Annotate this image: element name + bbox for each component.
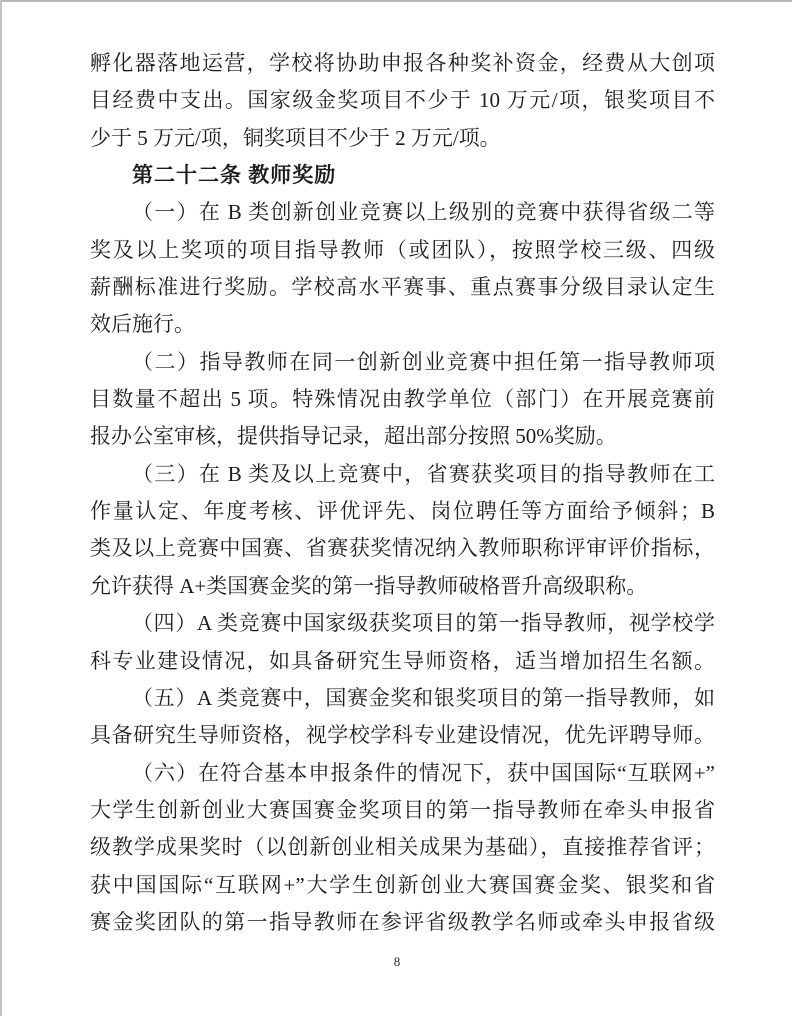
- text-line: 孵化器落地运营，学校将协助申报各种奖补资金，经费从大创项: [90, 45, 715, 82]
- text-line: 第二十二条 教师奖励: [90, 157, 715, 194]
- text-line: 类及以上竞赛中国赛、省赛获奖情况纳入教师职称评审评价指标，: [90, 530, 715, 567]
- text-line: 科专业建设情况，如具备研究生导师资格，适当增加招生名额。: [90, 643, 715, 680]
- text-line: 薪酬标准进行奖励。学校高水平赛事、重点赛事分级目录认定生: [90, 269, 715, 306]
- text-line: （四）A 类竞赛中国家级获奖项目的第一指导教师，视学校学: [90, 605, 715, 642]
- text-line: 获中国国际“互联网+”大学生创新创业大赛国赛金奖、银奖和省: [90, 867, 715, 904]
- text-line: （二）指导教师在同一创新创业竞赛中担任第一指导教师项: [90, 344, 715, 381]
- text-line: （一）在 B 类创新创业竞赛以上级别的竞赛中获得省级二等: [90, 194, 715, 231]
- body-paragraph: （三）在 B 类及以上竞赛中，省赛获奖项目的指导教师在工作量认定、年度考核、评优…: [90, 456, 715, 605]
- page-footer: 8: [2, 953, 792, 971]
- text-line: 赛金奖团队的第一指导教师在参评省级教学名师或牵头申报省级: [90, 904, 715, 941]
- text-line: 作量认定、年度考核、评优评先、岗位聘任等方面给予倾斜；B: [90, 493, 715, 530]
- text-line: 效后施行。: [90, 306, 715, 343]
- text-line: 奖及以上奖项的项目指导教师（或团队），按照学校三级、四级: [90, 232, 715, 269]
- text-line: 大学生创新创业大赛国赛金奖项目的第一指导教师在牵头申报省: [90, 792, 715, 829]
- text-line: 级教学成果奖时（以创新创业相关成果为基础），直接推荐省评；: [90, 829, 715, 866]
- text-line: 目数量不超出 5 项。特殊情况由教学单位（部门）在开展竞赛前: [90, 381, 715, 418]
- text-line: 具备研究生导师资格，视学校学科专业建设情况，优先评聘导师。: [90, 717, 715, 754]
- body-paragraph: （一）在 B 类创新创业竞赛以上级别的竞赛中获得省级二等奖及以上奖项的项目指导教…: [90, 194, 715, 343]
- text-line: 少于 5 万元/项，铜奖项目不少于 2 万元/项。: [90, 120, 715, 157]
- text-line: （六）在符合基本申报条件的情况下，获中国国际“互联网+”: [90, 755, 715, 792]
- body-paragraph: （二）指导教师在同一创新创业竞赛中担任第一指导教师项目数量不超出 5 项。特殊情…: [90, 344, 715, 456]
- text-line: 目经费中支出。国家级金奖项目不少于 10 万元/项，银奖项目不: [90, 82, 715, 119]
- body-paragraph: （四）A 类竞赛中国家级获奖项目的第一指导教师，视学校学科专业建设情况，如具备研…: [90, 605, 715, 680]
- document-body: 孵化器落地运营，学校将协助申报各种奖补资金，经费从大创项目经费中支出。国家级金奖…: [90, 45, 715, 941]
- text-line: （五）A 类竞赛中，国赛金奖和银奖项目的第一指导教师，如: [90, 680, 715, 717]
- page-number: 8: [394, 954, 401, 969]
- article-heading: 第二十二条 教师奖励: [90, 157, 715, 194]
- body-paragraph: 孵化器落地运营，学校将协助申报各种奖补资金，经费从大创项目经费中支出。国家级金奖…: [90, 45, 715, 157]
- document-page: 孵化器落地运营，学校将协助申报各种奖补资金，经费从大创项目经费中支出。国家级金奖…: [0, 0, 792, 1016]
- text-line: （三）在 B 类及以上竞赛中，省赛获奖项目的指导教师在工: [90, 456, 715, 493]
- text-line: 报办公室审核，提供指导记录，超出部分按照 50%奖励。: [90, 418, 715, 455]
- body-paragraph: （五）A 类竞赛中，国赛金奖和银奖项目的第一指导教师，如具备研究生导师资格，视学…: [90, 680, 715, 755]
- body-paragraph: （六）在符合基本申报条件的情况下，获中国国际“互联网+”大学生创新创业大赛国赛金…: [90, 755, 715, 942]
- text-line: 允许获得 A+类国赛金奖的第一指导教师破格晋升高级职称。: [90, 568, 715, 605]
